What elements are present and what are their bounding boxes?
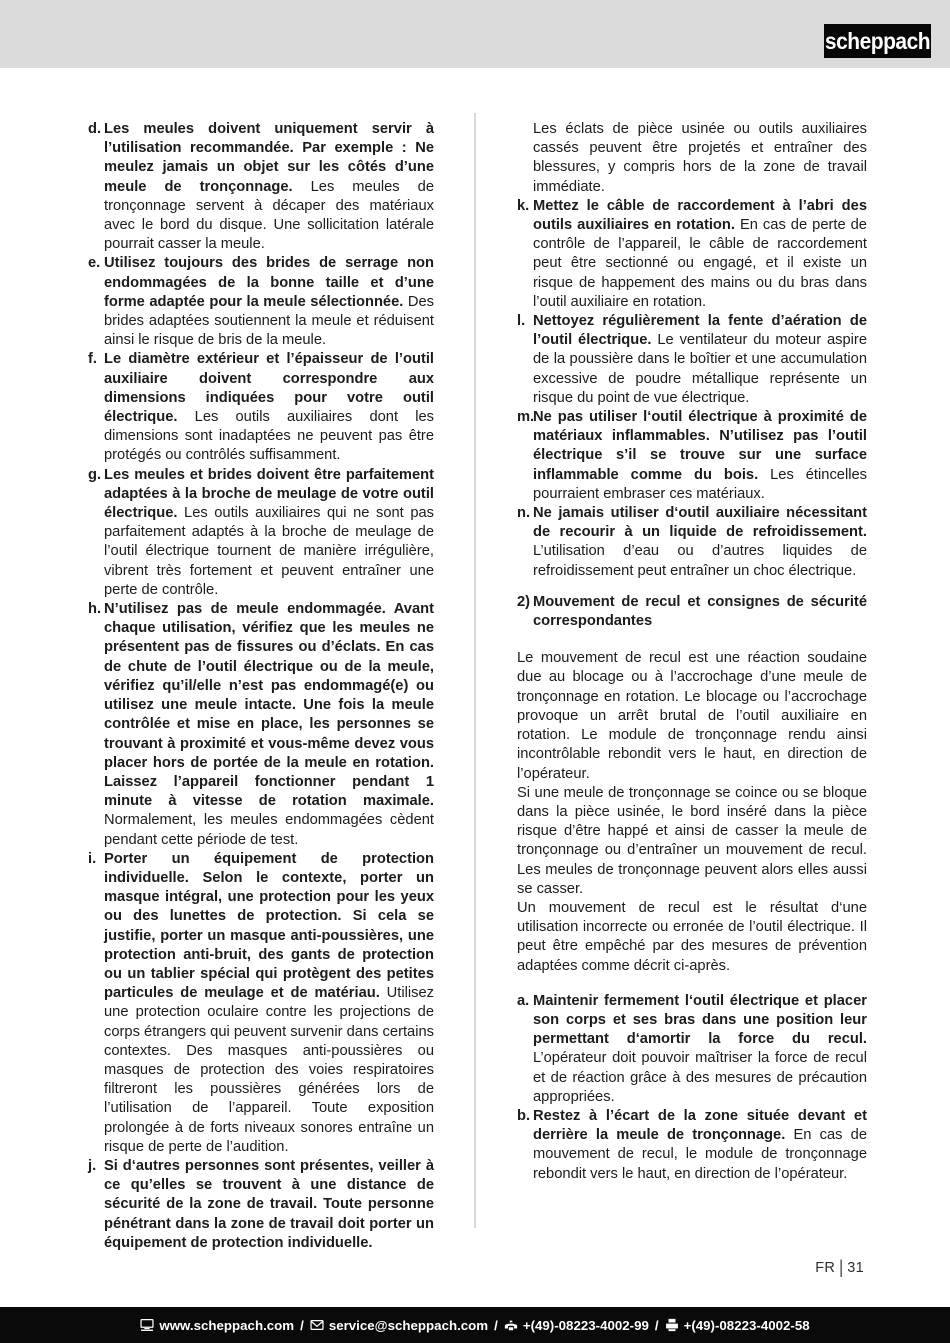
item-label: k. bbox=[517, 197, 533, 216]
section-heading: 2)Mouvement de recul et consignes de séc… bbox=[517, 593, 867, 631]
page-number: 31 bbox=[847, 1260, 864, 1276]
footer-website-segment: www.scheppach.com bbox=[140, 1318, 294, 1333]
list-item-j: j.Si d‘autres personnes sont présentes, … bbox=[88, 1157, 434, 1253]
scheppach-logo: scheppach bbox=[824, 24, 931, 58]
computer-icon bbox=[140, 1318, 154, 1332]
item-bold-text: Porter un équipement de protection indiv… bbox=[104, 851, 434, 1001]
item-normal-text: Utilisez une protection oculaire contre … bbox=[104, 985, 434, 1155]
item-bold-text: Utilisez toujours des brides de serrage … bbox=[104, 255, 434, 309]
body-paragraph: Si une meule de tronçonnage se coince ou… bbox=[517, 784, 867, 899]
footer-phone: +(49)-08223-4002-99 bbox=[523, 1318, 649, 1333]
item-label: d. bbox=[88, 120, 104, 139]
right-column: Les éclats de pièce usinée ou outils aux… bbox=[517, 120, 867, 1184]
list-item-k: k.Mettez le câble de raccordement à l’ab… bbox=[517, 197, 867, 312]
list-item-f: f.Le diamètre extérieur et l’épaisseur d… bbox=[88, 350, 434, 465]
footer-fax: +(49)-08223-4002-58 bbox=[684, 1318, 810, 1333]
item-label: m. bbox=[517, 408, 533, 427]
footer-separator: / bbox=[300, 1318, 304, 1333]
list-item-h: h.N’utilisez pas de meule endommagée. Av… bbox=[88, 600, 434, 850]
header-band bbox=[0, 0, 950, 68]
list-item-i: i.Porter un équipement de protection ind… bbox=[88, 850, 434, 1157]
left-column: d.Les meules doivent uniquement servir à… bbox=[88, 120, 434, 1253]
page-indicator-separator: | bbox=[839, 1258, 843, 1278]
section-heading-text: Mouvement de recul et consignes de sécur… bbox=[533, 594, 867, 629]
item-label: a. bbox=[517, 992, 533, 1011]
list-item-l: l.Nettoyez régulièrement la fente d’aéra… bbox=[517, 312, 867, 408]
page-language-label: FR bbox=[815, 1260, 835, 1276]
list-item-g: g.Les meules et brides doivent être parf… bbox=[88, 466, 434, 600]
section-heading-number: 2) bbox=[517, 593, 533, 612]
list-item-m: m.Ne pas utiliser l‘outil électrique à p… bbox=[517, 408, 867, 504]
paragraph-text: Les éclats de pièce usinée ou outils aux… bbox=[533, 121, 867, 195]
item-label: i. bbox=[88, 850, 104, 869]
phone-icon bbox=[504, 1318, 518, 1332]
email-icon bbox=[310, 1318, 324, 1332]
item-bold-text: Ne jamais utiliser d‘outil auxiliaire né… bbox=[533, 505, 867, 540]
footer-separator: / bbox=[655, 1318, 659, 1333]
item-label: h. bbox=[88, 600, 104, 619]
item-normal-text: Normalement, les meules endommagées cède… bbox=[104, 812, 434, 847]
item-label: n. bbox=[517, 504, 533, 523]
footer-phone-segment: +(49)-08223-4002-99 bbox=[504, 1318, 649, 1333]
footer-contact-bar: www.scheppach.com / service@scheppach.co… bbox=[0, 1307, 950, 1343]
footer-fax-segment: +(49)-08223-4002-58 bbox=[665, 1318, 810, 1333]
recul-items-group: a.Maintenir fermement l‘outil électrique… bbox=[517, 992, 867, 1184]
list-item-a: a.Maintenir fermement l‘outil électrique… bbox=[517, 992, 867, 1107]
intro-continuation-paragraph: Les éclats de pièce usinée ou outils aux… bbox=[517, 120, 867, 197]
footer-website: www.scheppach.com bbox=[159, 1318, 294, 1333]
body-paragraph: Un mouvement de recul est le résultat d‘… bbox=[517, 899, 867, 976]
list-item-b: b.Restez à l’écart de la zone située dev… bbox=[517, 1107, 867, 1184]
item-label: e. bbox=[88, 254, 104, 273]
list-item-e: e.Utilisez toujours des brides de serrag… bbox=[88, 254, 434, 350]
page-indicator: FR|31 bbox=[815, 1260, 864, 1276]
item-label: l. bbox=[517, 312, 533, 331]
item-label: b. bbox=[517, 1107, 533, 1126]
item-label: j. bbox=[88, 1157, 104, 1176]
item-normal-text: L’opérateur doit pouvoir maîtriser la fo… bbox=[533, 1050, 867, 1104]
item-bold-text: N’utilisez pas de meule endommagée. Avan… bbox=[104, 601, 434, 809]
item-label: f. bbox=[88, 350, 104, 369]
item-bold-text: Maintenir fermement l‘outil électrique e… bbox=[533, 993, 867, 1047]
footer-email-segment: service@scheppach.com bbox=[310, 1318, 488, 1333]
fax-icon bbox=[665, 1318, 679, 1332]
list-item-d: d.Les meules doivent uniquement servir à… bbox=[88, 120, 434, 254]
scheppach-logo-text: scheppach bbox=[825, 29, 930, 53]
item-normal-text: L’utilisation d’eau ou d’autres liquides… bbox=[533, 543, 867, 578]
footer-separator: / bbox=[494, 1318, 498, 1333]
footer-email: service@scheppach.com bbox=[329, 1318, 488, 1333]
list-item-n: n.Ne jamais utiliser d‘outil auxiliaire … bbox=[517, 504, 867, 581]
column-divider bbox=[474, 113, 476, 1228]
body-paragraph: Le mouvement de recul est une réaction s… bbox=[517, 649, 867, 783]
item-label: g. bbox=[88, 466, 104, 485]
item-bold-text: Si d‘autres personnes sont présentes, ve… bbox=[104, 1158, 434, 1251]
